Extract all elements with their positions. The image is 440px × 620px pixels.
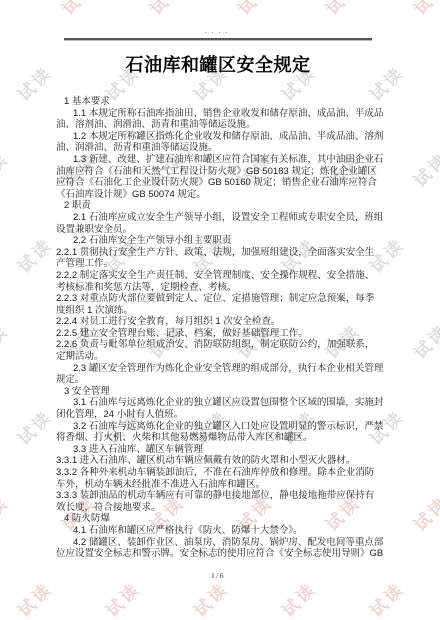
text-line: 4.2 储罐区、装卸作业区、油泵房、消防泵房、锅炉房、配发电间等重点部 (56, 537, 380, 549)
text-line: 3.2 石油库与远离炼化企业的独立罐区入口处应设置明显的警示标识，严禁 (56, 421, 380, 433)
text-line: 应符合《石油化工企业设计防火规》GB 50160 规定；销售企业石油库应符合 (56, 177, 380, 189)
text-line: 将香烟、打火机、火柴和其他易燃易爆物品带入库区和罐区。 (56, 432, 380, 444)
text-line: 度组织 1 次演练。 (56, 305, 380, 317)
text-line: 3.3.2 各种外来机动车辆装卸油后，不准在石油库停放和修理。除本企业消防 (56, 467, 380, 479)
text-line: 3.1 石油库与远离炼化企业的独立罐区应设置包围整个区域的围墙，实施封 (56, 397, 380, 409)
watermark: 试读 (0, 0, 13, 19)
text-line: 2.2.1 贯彻执行安全生产方针、政策、法规，加强班组建设，全面落实安全生 (56, 247, 380, 259)
text-line: 3.3.1 进入石油库、罐区机动车辆应佩戴有效的防火罩和小型灭火器材。 (56, 455, 380, 467)
text-line: 效长度，符合接地要求。 (56, 502, 380, 514)
document-page: 试读试读试读试读试读试读试读试读试读试读试读试读试读试读试读试读试读试读试读试读… (0, 0, 440, 620)
document-body: 1 基本要求1.1 本规定所称石油库指油田、销售企业收发和储存原油、成品油、半成… (56, 96, 380, 560)
text-line: 2 职责 (56, 200, 380, 212)
watermark: 试读 (11, 404, 57, 450)
text-line: 《石油库设计规》GB 50074 规定。 (56, 189, 380, 201)
text-line: 3.3.3 装卸油品的机动车辆应有可靠的静电接地部位，静电接地拖带应保持有 (56, 490, 380, 502)
text-line: 3.3 进入石油库、罐区车辆管理 (56, 444, 380, 456)
watermark: 试读 (407, 318, 440, 364)
text-line: 2.2.5 建立安全管理台账、记录、档案，做好基础管理工作。 (56, 328, 380, 340)
text-line: 规定。 (56, 374, 380, 386)
page-number: 1/6 (56, 571, 380, 580)
text-line: 2.2.2 制定落实安全生产责任制、安全管理制度、安全操作规程、安全措施、 (56, 270, 380, 282)
text-line: 2.2.3 对重点防火部位要做到定人、定位、定措施管理；制定应急预案，每季 (56, 293, 380, 305)
text-line: 车外，机动车辆未经批准不准进入石油库和罐区。 (56, 479, 380, 491)
text-line: 产管理工作。 (56, 258, 380, 270)
text-line: 2.3 罐区安全管理作为炼化企业安全管理的组成部分，执行本企业相关管理 (56, 363, 380, 375)
watermark: 试读 (11, 232, 57, 278)
watermark: 试读 (0, 146, 13, 192)
watermark: 试读 (11, 60, 57, 106)
text-line: 1.3 新建、改建、扩建石油库和罐区应符合国家有关标准，其中油田企业石 (56, 154, 380, 166)
watermark: 试读 (407, 146, 440, 192)
text-line: 位应设置安全标志和警示牌。安全标志的使用应符合《安全标志使用导则》GB (56, 548, 380, 560)
text-line: 2.2.6 负责与毗邻单位组成治安、消防联防组织，制定联防公约，加强联系， (56, 339, 380, 351)
page-content: ···· 石油库和罐区安全规定 1 基本要求1.1 本规定所称石油库指油田、销售… (56, 0, 380, 620)
watermark: 试读 (407, 490, 440, 536)
text-line: 4 防火防爆 (56, 513, 380, 525)
text-line: 3 安全管理 (56, 386, 380, 398)
text-line: 考核标准和奖惩方法等，定期检查、考核。 (56, 282, 380, 294)
watermark: 试读 (407, 0, 440, 19)
text-line: 油、溶剂油、润滑油、沥青和重油等储运设施。 (56, 119, 380, 131)
text-line: 2.1 石油库应成立安全生产领导小组，设置安全工程师或专职安全员，班组 (56, 212, 380, 224)
watermark: 试读 (11, 576, 57, 620)
text-line: 2.2 石油库安全生产领导小组主要职责 (56, 235, 380, 247)
text-line: 设置兼职安全员。 (56, 224, 380, 236)
text-line: 1.2 本规定所称罐区指炼化企业收发和储存原油、成品油、半成品油、溶剂 (56, 131, 380, 143)
text-line: 1.1 本规定所称石油库指油田、销售企业收发和储存原油、成品油、半成品 (56, 108, 380, 120)
text-line: 定期活动。 (56, 351, 380, 363)
text-line: 1 基本要求 (56, 96, 380, 108)
watermark: 试读 (0, 318, 13, 364)
header-rule (64, 38, 372, 41)
document-title: 石油库和罐区安全规定 (56, 53, 380, 77)
watermark: 试读 (0, 490, 13, 536)
text-line: 闭化管理，24 小时有人值班。 (56, 409, 380, 421)
header-dots-icon: ···· (56, 28, 380, 37)
text-line: 4.1 石油库和罐区应严格执行《防火、防爆十大禁令》。 (56, 525, 380, 537)
text-line: 2.2.4 对员工进行安全教育，每月组织 1 次安全检查。 (56, 316, 380, 328)
text-line: 油库应符合《石油和天然气工程设计防火规》GB 50183 规定；炼化企业罐区 (56, 166, 380, 178)
text-line: 油、润滑油、沥青和重油等储运设施。 (56, 142, 380, 154)
